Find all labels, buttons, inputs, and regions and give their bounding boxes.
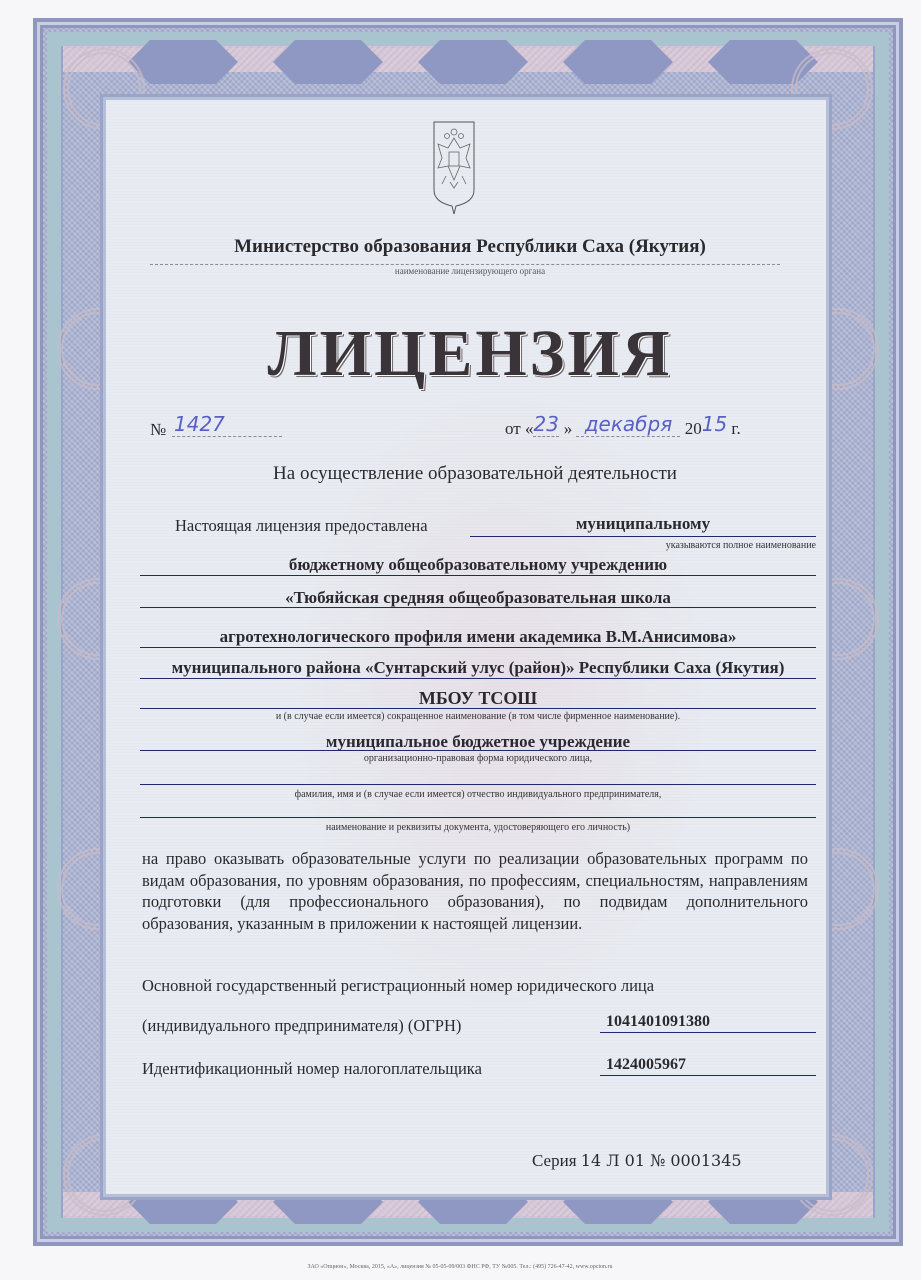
date-prefix: от « <box>505 419 533 438</box>
inn-rule <box>600 1075 816 1076</box>
printer-imprint: ЗАО «Опцион», Москва, 2015, «А», лицензи… <box>150 1264 770 1270</box>
licensee-caption-1: указываются полное наименование <box>470 540 816 551</box>
border-ornament <box>563 40 673 84</box>
blank-series: Серия 14 Л 01 № 0001345 <box>532 1151 742 1171</box>
short-name-caption: и (в случае если имеется) сокращенное на… <box>140 711 816 722</box>
russian-coat-of-arms-icon <box>432 118 476 216</box>
date-month: декабря <box>576 412 680 437</box>
rights-paragraph: на право оказывать образовательные услуг… <box>142 848 808 934</box>
legal-form-caption: организационно-правовая форма юридическо… <box>140 753 816 764</box>
document-title: ЛИЦЕНЗИЯ <box>150 316 790 392</box>
license-number: 1427 <box>174 412 274 436</box>
date-day: 23 <box>533 412 559 437</box>
inn-label: Идентификационный номер налогоплательщик… <box>142 1059 482 1079</box>
licensee-line-1-rule <box>470 536 816 537</box>
border-ornament <box>418 40 528 84</box>
licensee-line-1: муниципальному <box>470 514 816 534</box>
legal-form-rule <box>140 750 816 751</box>
activity-type: На осуществление образовательной деятель… <box>150 463 800 485</box>
inn-value: 1424005967 <box>606 1056 686 1074</box>
license-date: от «23 » декабря 2015 г. <box>505 412 741 439</box>
date-year-prefix: 20 <box>685 419 702 438</box>
date-year-suffix: 15 <box>702 412 727 436</box>
license-number-label: № <box>150 420 166 440</box>
license-number-underline <box>172 436 282 437</box>
ogrn-value: 1041401091380 <box>606 1013 710 1031</box>
id-document-caption: наименование и реквизиты документа, удос… <box>140 822 816 833</box>
licensee-line-2-rule <box>140 575 816 576</box>
licensee-short-name: МБОУ ТСОШ <box>140 688 816 709</box>
issuer-name: Министерство образования Республики Саха… <box>150 236 790 258</box>
series-value: 14 Л 01 № 0001345 <box>581 1151 742 1170</box>
licensee-line-3: «Тюбяйская средняя общеобразовательная ш… <box>140 588 816 608</box>
date-suffix: г. <box>731 419 740 438</box>
issuer-underline <box>150 264 780 265</box>
ogrn-label-line-1: Основной государственный регистрационный… <box>142 976 654 996</box>
granted-to-label: Настоящая лицензия предоставлена <box>175 516 428 536</box>
series-label: Серия <box>532 1151 577 1170</box>
licensee-line-5: муниципального района «Сунтарский улус (… <box>140 658 816 678</box>
licensee-line-4-rule <box>140 647 816 648</box>
ogrn-label-line-2: (индивидуального предпринимателя) (ОГРН) <box>142 1016 461 1036</box>
licensee-line-4: агротехнологического профиля имени акаде… <box>140 627 816 647</box>
date-mid: » <box>564 419 573 438</box>
licensee-line-5-rule <box>140 678 816 679</box>
id-document-rule <box>140 817 816 818</box>
entrepreneur-caption: фамилия, имя и (в случае если имеется) о… <box>140 789 816 800</box>
ogrn-rule <box>600 1032 816 1033</box>
issuer-caption: наименование лицензирующего органа <box>150 266 790 276</box>
border-ornament <box>128 40 238 84</box>
licensee-line-2: бюджетному общеобразовательному учрежден… <box>140 555 816 575</box>
licensee-line-3-rule <box>140 607 816 608</box>
licensee-legal-form: муниципальное бюджетное учреждение <box>140 732 816 752</box>
border-ornament <box>273 40 383 84</box>
entrepreneur-rule <box>140 784 816 785</box>
short-name-rule <box>140 708 816 709</box>
